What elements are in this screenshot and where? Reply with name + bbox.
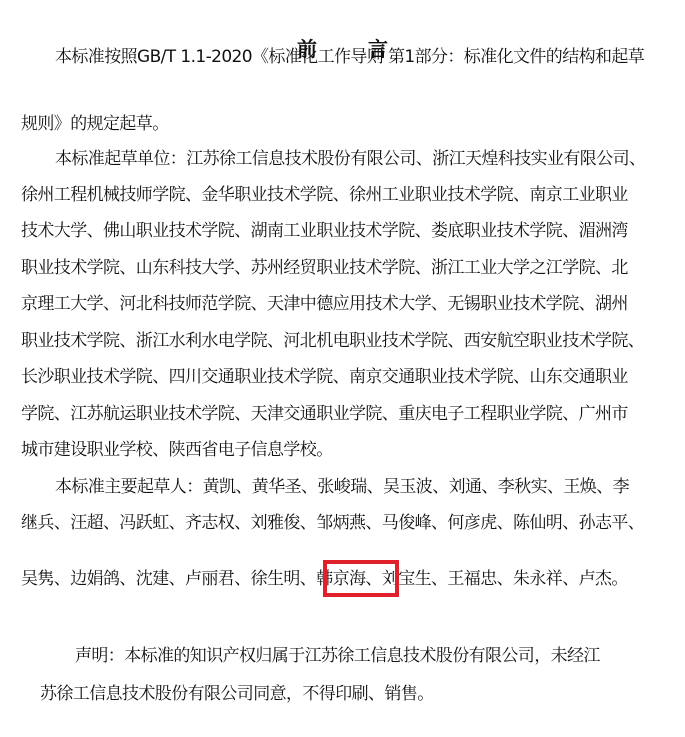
paragraph-line: 京理工大学、河北科技师范学院、天津中德应用技术大学、无锡职业技术学院、湖州 bbox=[21, 293, 671, 315]
declaration-line: 声明：本标准的知识产权归属于江苏徐工信息技术股份有限公司，未经江 bbox=[75, 645, 685, 667]
paragraph-line: 技术大学、佛山职业技术学院、湖南工业职业技术学院、娄底职业技术学院、湄洲湾 bbox=[21, 220, 671, 242]
paragraph-line: 职业技术学院、山东科技大学、苏州经贸职业技术学院、浙江工业大学之江学院、北 bbox=[21, 257, 671, 279]
paragraph-line: 本标准起草单位：江苏徐工信息技术股份有限公司、浙江天煌科技实业有限公司、 bbox=[55, 148, 685, 170]
paragraph-line: 长沙职业技术学院、四川交通职业技术学院、南京交通职业技术学院、山东交通职业 bbox=[21, 366, 671, 388]
paragraph-line: 城市建设职业学校、陕西省电子信息学校。 bbox=[21, 439, 671, 461]
paragraph-line: 规则》的规定起草。 bbox=[21, 113, 671, 135]
paragraph-line: 职业技术学院、浙江水利水电学院、河北机电职业技术学院、西安航空职业技术学院、 bbox=[21, 330, 671, 352]
paragraph-line: 继兵、汪超、冯跃虹、齐志权、刘雅俊、邹炳燕、马俊峰、何彦虎、陈仙明、孙志平、 bbox=[21, 512, 671, 534]
paragraph-line: 学院、江苏航运职业技术学院、天津交通职业学院、重庆电子工程职业学院、广州市 bbox=[21, 403, 671, 425]
paragraph-line: 徐州工程机械技师学院、金华职业技术学院、徐州工业职业技术学院、南京工业职业 bbox=[21, 184, 671, 206]
paragraph-line: 本标准主要起草人：黄凯、黄华圣、张峻瑞、吴玉波、刘通、李秋实、王焕、李 bbox=[55, 476, 685, 498]
highlight-box bbox=[323, 560, 399, 597]
declaration-line: 苏徐工信息技术股份有限公司同意，不得印刷、销售。 bbox=[40, 683, 685, 705]
paragraph-line: 本标准按照GB/T 1.1-2020《标准化工作导则 第1部分：标准化文件的结构… bbox=[55, 46, 685, 68]
